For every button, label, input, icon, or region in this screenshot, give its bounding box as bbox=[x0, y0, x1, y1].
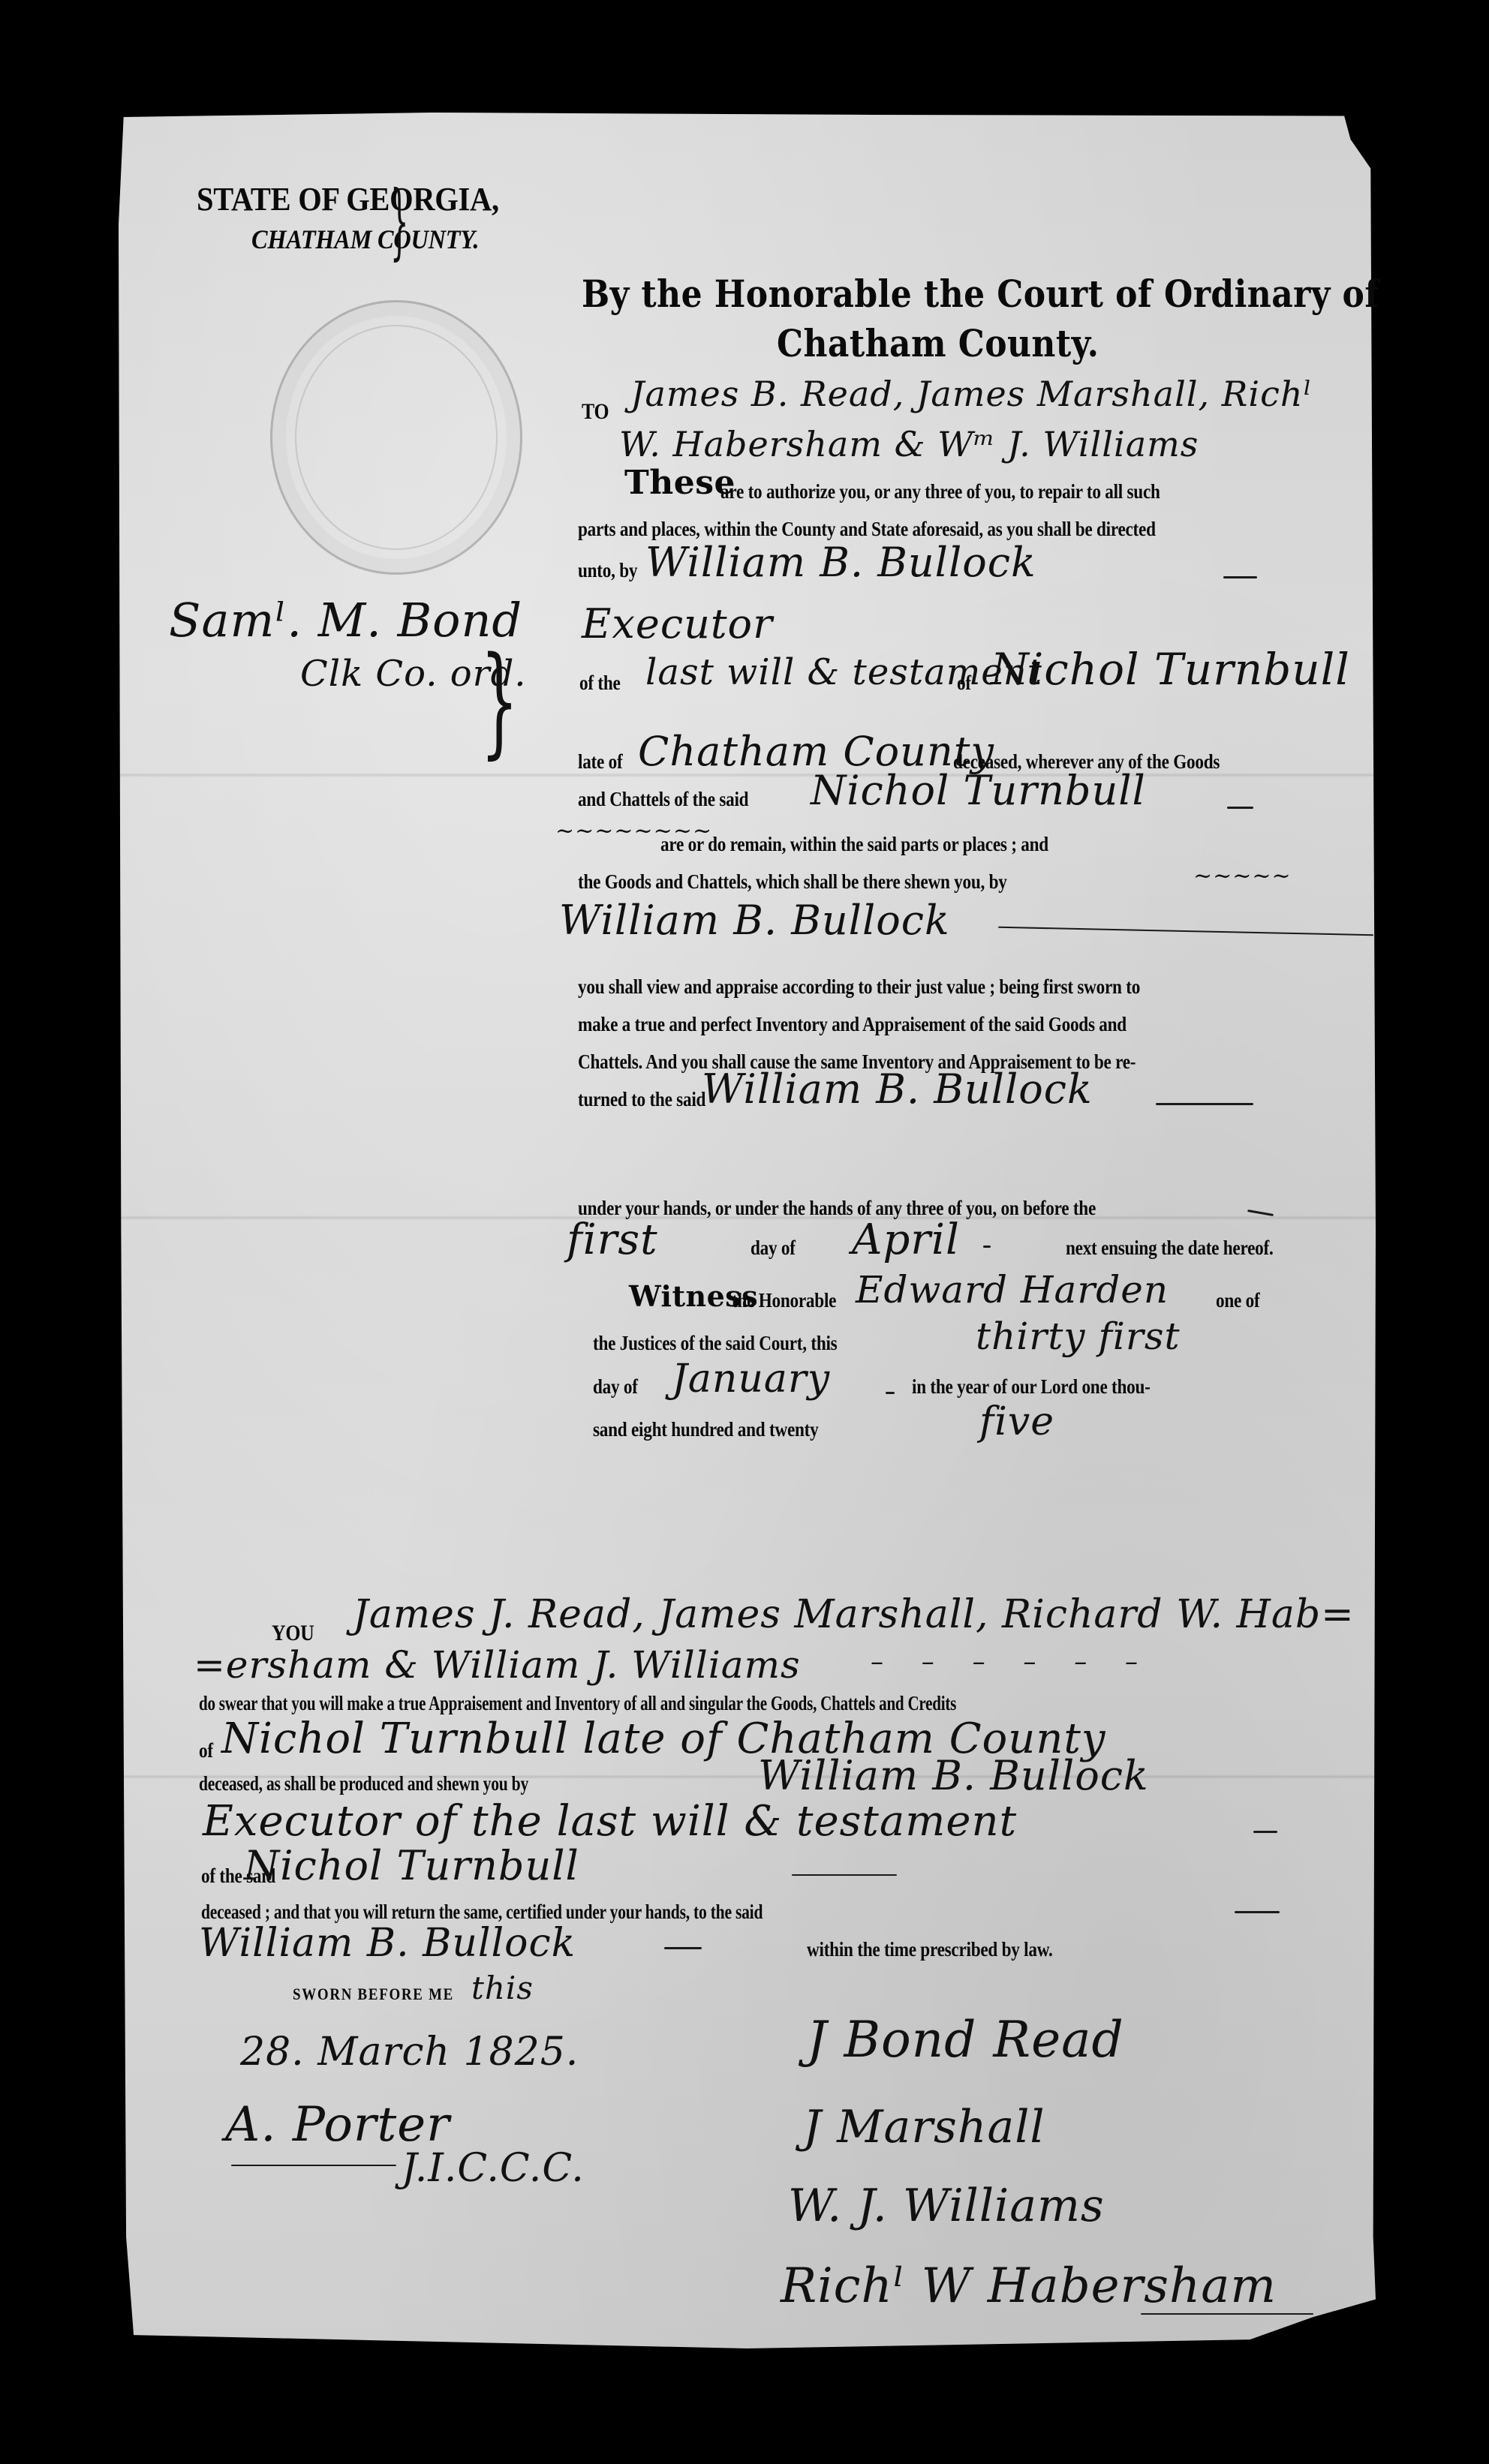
unto-by-label: unto, by bbox=[578, 559, 637, 582]
of-label-oath: of bbox=[199, 1739, 213, 1762]
court-seal-impression bbox=[270, 300, 522, 575]
appraisers-line2: W. Habersham & Wᵐ J. Williams bbox=[619, 424, 1199, 464]
signature-underline bbox=[231, 2165, 396, 2166]
due-day: first bbox=[567, 1215, 658, 1264]
wavy-fill: ~~~~~ bbox=[1193, 863, 1292, 889]
seal-inner-ring bbox=[295, 325, 498, 550]
parts-places-line: parts and places, within the County and … bbox=[578, 518, 1156, 541]
due-month: April bbox=[852, 1215, 960, 1264]
oath-appraisers-line2: =ersham & William J. Williams bbox=[194, 1643, 801, 1687]
fill-dash bbox=[664, 1947, 702, 1949]
appraisers-line1: James B. Read, James Marshall, Richˡ bbox=[630, 374, 1313, 414]
day-of-label: day of bbox=[751, 1237, 796, 1260]
of-label: of bbox=[957, 672, 971, 695]
clerk-signature: Samˡ. M. Bond bbox=[169, 593, 522, 648]
oath-appraisers-line1: James J. Read, James Marshall, Richard W… bbox=[353, 1592, 1355, 1637]
signature-habersham: Richˡ W Habersham bbox=[781, 2258, 1277, 2314]
produced-role: Executor of the last will & testament bbox=[203, 1797, 1017, 1846]
view-line-2: make a true and perfect Inventory and Ap… bbox=[578, 1013, 1127, 1036]
you-label: YOU bbox=[272, 1621, 314, 1646]
these-word: These bbox=[624, 464, 735, 502]
brace-symbol: } bbox=[390, 173, 409, 269]
court-title-line1: By the Honorable the Court of Ordinary o… bbox=[582, 272, 1379, 316]
swear-line: do swear that you will make a true Appra… bbox=[199, 1692, 956, 1715]
date-day-of-label: day of bbox=[593, 1375, 638, 1399]
date-year-word: five bbox=[979, 1399, 1054, 1444]
signature-read: J Bond Read bbox=[807, 2011, 1124, 2069]
chattels-of-name: Nichol Turnbull bbox=[811, 767, 1146, 814]
signature-marshall: J Marshall bbox=[803, 2101, 1045, 2153]
chattels-of-label: and Chattels of the said bbox=[578, 788, 748, 811]
deceased-name: Nichol Turnbull bbox=[991, 644, 1350, 695]
sworn-date: 28. March 1825. bbox=[240, 2030, 579, 2075]
sworn-before-me-label: SWORN BEFORE ME bbox=[293, 1985, 454, 2004]
authorize-line: are to authorize you, or any three of yo… bbox=[720, 480, 1160, 503]
sand-line: sand eight hundred and twenty bbox=[593, 1418, 819, 1441]
fill-dash bbox=[1235, 1911, 1280, 1913]
shewn-by-name: William B. Bullock bbox=[559, 897, 950, 944]
signature-flourish bbox=[1141, 2313, 1313, 2315]
fill-dash bbox=[1156, 1103, 1253, 1105]
officer-signature: A. Porter bbox=[225, 2097, 450, 2153]
year-line: in the year of our Lord one thou- bbox=[912, 1375, 1151, 1399]
of-the-said-name: Nichol Turnbull bbox=[244, 1842, 579, 1889]
signature-williams: W. J. Williams bbox=[788, 2180, 1105, 2232]
fill-dash bbox=[983, 1246, 991, 1248]
directed-by-name: William B. Bullock bbox=[645, 539, 1036, 586]
dash-fill: – – – – – – bbox=[871, 1647, 1153, 1677]
sworn-this: this bbox=[471, 1970, 534, 2006]
fill-dash bbox=[1227, 807, 1253, 809]
of-the-label: of the bbox=[579, 672, 621, 695]
fill-dash bbox=[1223, 576, 1257, 578]
return-to-name: William B. Bullock bbox=[199, 1921, 576, 1966]
remain-line: are or do remain, within the said parts … bbox=[660, 833, 1048, 856]
shewn-line: the Goods and Chattels, which shall be t… bbox=[578, 870, 1007, 894]
within-time-line: within the time prescribed by law. bbox=[807, 1938, 1052, 1961]
fill-line bbox=[792, 1874, 897, 1876]
witness-honorable: the Honorable bbox=[732, 1289, 836, 1312]
produced-line: deceased, as shall be produced and shewn… bbox=[199, 1772, 528, 1795]
returned-label: turned to the said bbox=[578, 1088, 705, 1111]
court-title-line2: Chatham County. bbox=[777, 321, 1099, 365]
instrument-type: last will & testament bbox=[645, 651, 1042, 693]
one-of-label: one of bbox=[1216, 1289, 1259, 1312]
officer-title: J.I.C.C.C. bbox=[402, 2146, 585, 2191]
returned-to-name: William B. Bullock bbox=[702, 1065, 1093, 1113]
justice-name: Edward Harden bbox=[856, 1268, 1169, 1312]
justices-line: the Justices of the said Court, this bbox=[593, 1332, 837, 1355]
ensuing-line: next ensuing the date hereof. bbox=[1066, 1237, 1274, 1260]
view-line-1: you shall view and appraise according to… bbox=[578, 975, 1140, 999]
fill-dash bbox=[886, 1392, 895, 1394]
role-executor: Executor bbox=[582, 600, 773, 648]
state-heading: STATE OF GEORGIA, bbox=[197, 180, 499, 218]
date-month: January bbox=[672, 1357, 830, 1402]
date-day: thirty first bbox=[976, 1315, 1181, 1358]
fill-dash bbox=[1253, 1831, 1277, 1833]
margin-brace: } bbox=[480, 630, 519, 771]
produced-by-name: William B. Bullock bbox=[758, 1752, 1149, 1799]
county-heading: CHATHAM COUNTY. bbox=[251, 224, 479, 255]
late-of-label: late of bbox=[578, 750, 622, 774]
to-label: TO bbox=[582, 399, 609, 425]
